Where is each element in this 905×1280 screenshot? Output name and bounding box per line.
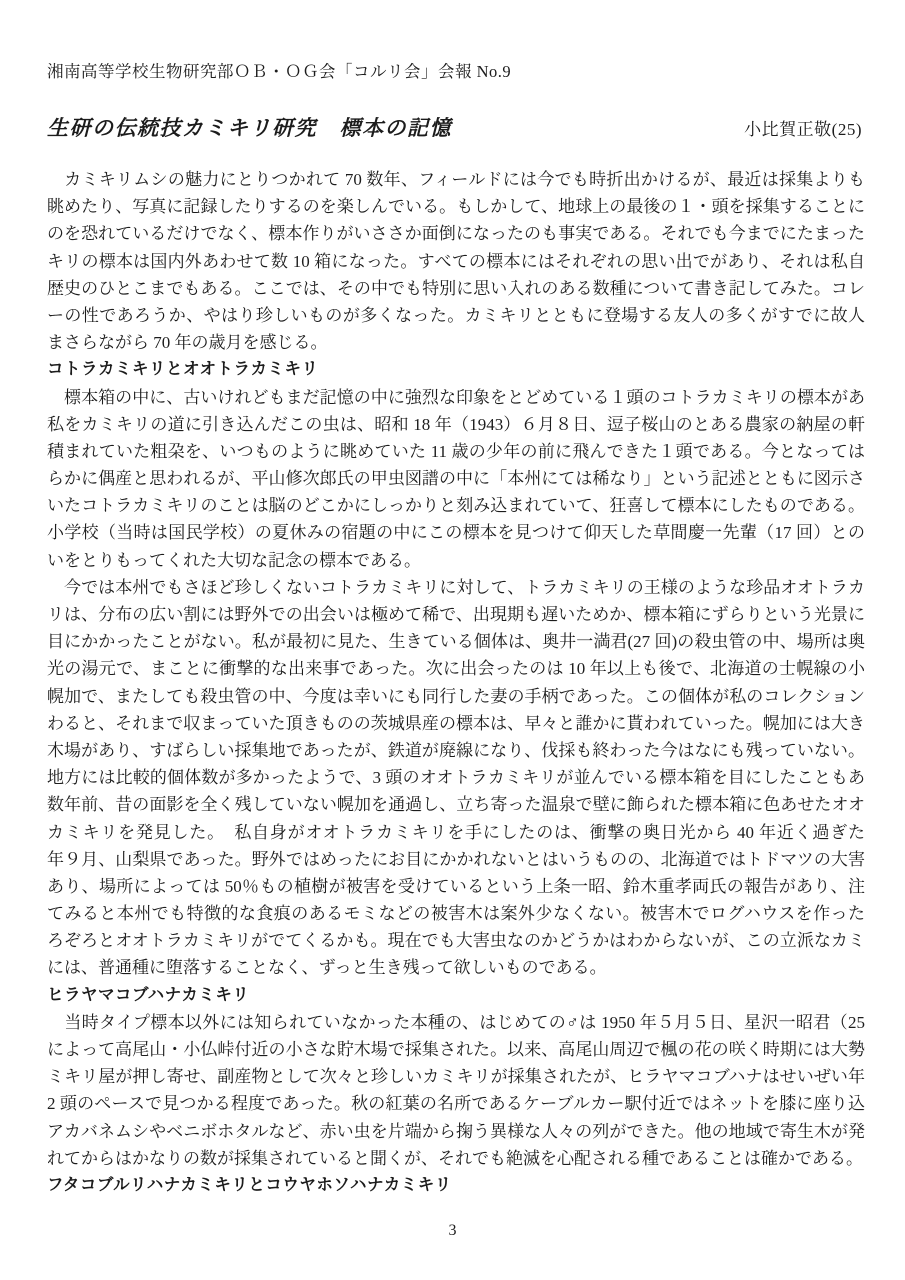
paragraph: 標本箱の中に、古いけれどもまだ記憶の中に強烈な印象をとどめている１頭のコトラカミ… xyxy=(47,384,865,574)
text-line: らかに偶産と思われるが、平山修次郎氏の甲虫図譜の中に「本州にては稀なり」という記… xyxy=(47,465,865,492)
text-line: ーの性であろうか、やはり珍しいものが多くなった。カミキリとともに登場する友人の多… xyxy=(47,302,865,329)
section-heading: コトラカミキリとオオトラカミキリ xyxy=(47,356,865,383)
text-line: れてからはかなりの数が採集されていると聞くが、それでも絶滅を心配される種であるこ… xyxy=(47,1145,865,1172)
text-line: アカバネムシやベニボホタルなど、赤い虫を片端から掬う異様な人々の列ができた。他の… xyxy=(47,1118,865,1145)
paragraph: 当時タイプ標本以外には知られていなかった本種の、はじめての♂は 1950 年５月… xyxy=(47,1009,865,1172)
text-line: いたコトラカミキリのことは脳のどこかにしっかりと刻み込まれていて、狂喜して標本に… xyxy=(47,492,865,519)
article-body: カミキリムシの魅力にとりつかれて 70 数年、フィールドには今でも時折出かけるが… xyxy=(47,166,865,1199)
section-heading: フタコブルリハナカミキリとコウヤホソハナカミキリ xyxy=(47,1172,865,1199)
text-line: 今では本州でもさほど珍しくないコトラカミキリに対して、トラカミキリの王様のような… xyxy=(47,574,865,601)
text-line: 小学校（当時は国民学校）の夏休みの宿題の中にこの標本を見つけて仰天した草間慶一先… xyxy=(47,519,865,546)
page-number: 3 xyxy=(0,1222,905,1240)
section-heading: ヒラヤマコブハナカミキリ xyxy=(47,982,865,1009)
text-line: カミキリムシの魅力にとりつかれて 70 数年、フィールドには今でも時折出かけるが… xyxy=(47,166,865,193)
author-name: 小比賀正敬(25) xyxy=(744,115,862,140)
text-line: 私をカミキリの道に引き込んだこの虫は、昭和 18 年（1943）６月８日、逗子桜… xyxy=(47,411,865,438)
text-line: まさらながら 70 年の歳月を感じる。 xyxy=(47,329,865,356)
paragraph: カミキリムシの魅力にとりつかれて 70 数年、フィールドには今でも時折出かけるが… xyxy=(47,166,865,356)
text-line: 標本箱の中に、古いけれどもまだ記憶の中に強烈な印象をとどめている１頭のコトラカミ… xyxy=(47,384,865,411)
text-line: 歴史のひとこまでもある。ここでは、その中でも特別に思い入れのある数種について書き… xyxy=(47,275,865,302)
article-title: 生研の伝統技カミキリ研究 標本の記憶 xyxy=(47,112,452,142)
text-line: 当時タイプ標本以外には知られていなかった本種の、はじめての♂は 1950 年５月… xyxy=(47,1009,865,1036)
text-line: のを恐れているだけでなく、標本作りがいささか面倒になったのも事実である。それでも… xyxy=(47,220,865,247)
text-line: によって高尾山・小仏峠付近の小さな貯木場で採集された。以来、高尾山周辺で楓の花の… xyxy=(47,1036,865,1063)
document-page: 湘南高等学校生物研究部ＯＢ・ＯＧ会「コルリ会」会報 No.9 生研の伝統技カミキ… xyxy=(0,0,905,1280)
text-line: キリの標本は国内外あわせて数 10 箱になった。すべての標本にはそれぞれの思い出… xyxy=(47,248,865,275)
text-line: カミキリを発見した。 私自身がオオトラカミキリを手にしたのは、衝撃の奥日光から … xyxy=(47,819,865,846)
text-line: 眺めたり、写真に記録したりするのを楽しんでいる。もしかして、地球上の最後の１・頭… xyxy=(47,193,865,220)
newsletter-header: 湘南高等学校生物研究部ＯＢ・ＯＧ会「コルリ会」会報 No.9 xyxy=(47,58,862,82)
text-line: 年９月、山梨県であった。野外ではめったにお目にかかれないとはいうものの、北海道で… xyxy=(47,846,865,873)
text-line: 目にかかったことがない。私が最初に見た、生きている個体は、奥井一満君(27 回)… xyxy=(47,628,865,655)
text-line: 木場があり、すばらしい採集地であったが、鉄道が廃線になり、伐採も終わった今はなに… xyxy=(47,737,865,764)
text-line: てみると本州でも特徴的な食痕のあるモミなどの被害木は案外少なくない。被害木でログ… xyxy=(47,900,865,927)
text-line: わると、それまで収まっていた頂きものの茨城県産の標本は、早々と誰かに貰われていっ… xyxy=(47,710,865,737)
text-line: 幌加で、またしても殺虫管の中、今度は幸いにも同行した妻の手柄であった。この個体が… xyxy=(47,683,865,710)
text-line: 光の湯元で、まことに衝撃的な出来事であった。次に出会ったのは 10 年以上も後で… xyxy=(47,655,865,682)
paragraph: 今では本州でもさほど珍しくないコトラカミキリに対して、トラカミキリの王様のような… xyxy=(47,574,865,982)
text-line: には、普通種に堕落することなく、ずっと生き残って欲しいものである。 xyxy=(47,954,865,981)
title-row: 生研の伝統技カミキリ研究 標本の記憶 小比賀正敬(25) xyxy=(47,112,862,142)
text-line: あり、場所によっては 50％もの植樹が被害を受けているという上条一昭、鈴木重孝両… xyxy=(47,873,865,900)
text-line: 地方には比較的個体数が多かったようで、3 頭のオオトラカミキリが並んでいる標本箱… xyxy=(47,764,865,791)
text-line: 2 頭のペースで見つかる程度であった。秋の紅葉の名所であるケーブルカー駅付近では… xyxy=(47,1090,865,1117)
text-line: いをとりもってくれた大切な記念の標本である。 xyxy=(47,547,865,574)
text-line: ミキリ屋が押し寄せ、副産物として次々と珍しいカミキリが採集されたが、ヒラヤマコブ… xyxy=(47,1063,865,1090)
text-line: ろぞろとオオトラカミキリがでてくるかも。現在でも大害虫なのかどうかはわからないが… xyxy=(47,927,865,954)
text-line: リは、分布の広い割には野外での出会いは極めて稀で、出現期も遅いためか、標本箱にず… xyxy=(47,601,865,628)
text-line: 数年前、昔の面影を全く残していない幌加を通過し、立ち寄った温泉で壁に飾られた標本… xyxy=(47,791,865,818)
text-line: 積まれていた粗朶を、いつものように眺めていた 11 歳の少年の前に飛んできた１頭… xyxy=(47,438,865,465)
